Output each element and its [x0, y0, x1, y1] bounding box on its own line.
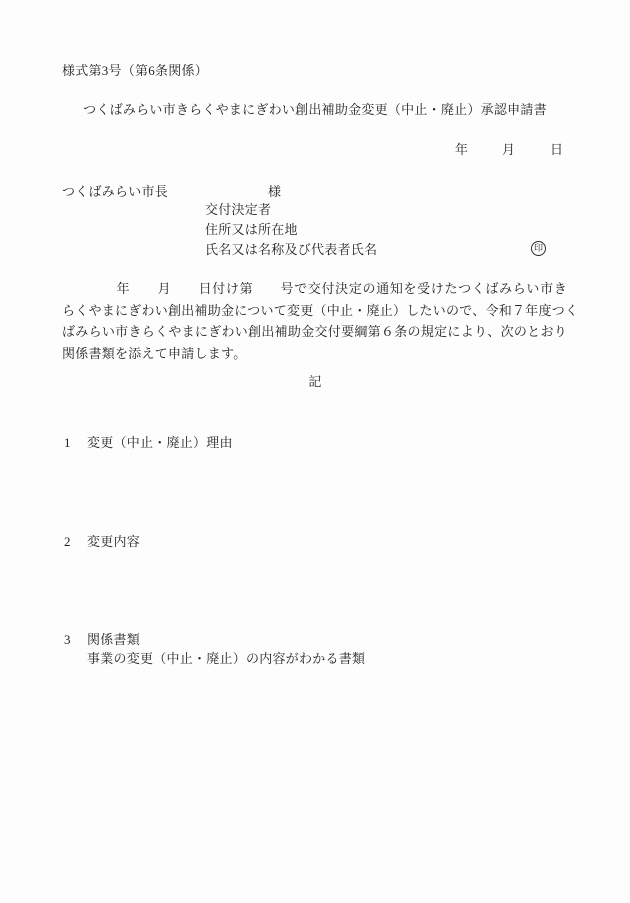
seal-mark-icon: 印 — [531, 241, 546, 256]
form-number: 様式第3号（第6条関係） — [62, 64, 208, 78]
applicant-address-label: 住所又は所在地 — [205, 223, 298, 237]
document-title: つくばみらい市きらくやまにぎわい創出補助金変更（中止・廃止）承認申請書 — [0, 103, 630, 117]
addressee-honorific: 様 — [268, 185, 281, 199]
item-2-label: 変更内容 — [87, 535, 140, 549]
date-day-label: 日 — [550, 143, 563, 157]
item-3-number: 3 — [64, 633, 71, 647]
item-3-sub-label: 事業の変更（中止・廃止）の内容がわかる書類 — [87, 652, 365, 666]
date-month-label: 月 — [502, 143, 515, 157]
list-item-3: 3 関係書類 事業の変更（中止・廃止）の内容がわかる書類 — [0, 633, 630, 673]
date-line: 年 月 日 — [0, 143, 630, 213]
item-3-label: 関係書類 — [87, 633, 140, 647]
item-1-number: 1 — [64, 436, 71, 450]
body-line-4: 関係書類を添えて申請します。 — [62, 343, 567, 365]
body-line-1: 年 月 日付け第 号で交付決定の通知を受けたつくばみらい市き — [62, 278, 567, 300]
document-page: 様式第3号（第6条関係） つくばみらい市きらくやまにぎわい創出補助金変更（中止・… — [0, 0, 630, 903]
body-paragraph: 年 月 日付け第 号で交付決定の通知を受けたつくばみらい市き らくやまにぎわい創… — [62, 278, 567, 364]
list-item-1: 1 変更（中止・廃止）理由 — [0, 436, 630, 456]
list-item-2: 2 変更内容 — [0, 535, 630, 555]
applicant-role-label: 交付決定者 — [205, 203, 271, 217]
item-1-label: 変更（中止・廃止）理由 — [87, 436, 233, 450]
body-line-3: ばみらい市きらくやまにぎわい創出補助金交付要綱第６条の規定により、次のとおり — [62, 321, 567, 343]
date-year-label: 年 — [455, 143, 468, 157]
body-line-2: らくやまにぎわい創出補助金について変更（中止・廃止）したいので、令和７年度つく — [62, 300, 567, 322]
section-marker: 記 — [0, 375, 630, 389]
item-2-number: 2 — [64, 535, 71, 549]
addressee-name: つくばみらい市長 — [62, 185, 168, 199]
applicant-name-label: 氏名又は名称及び代表者氏名 — [205, 243, 377, 257]
